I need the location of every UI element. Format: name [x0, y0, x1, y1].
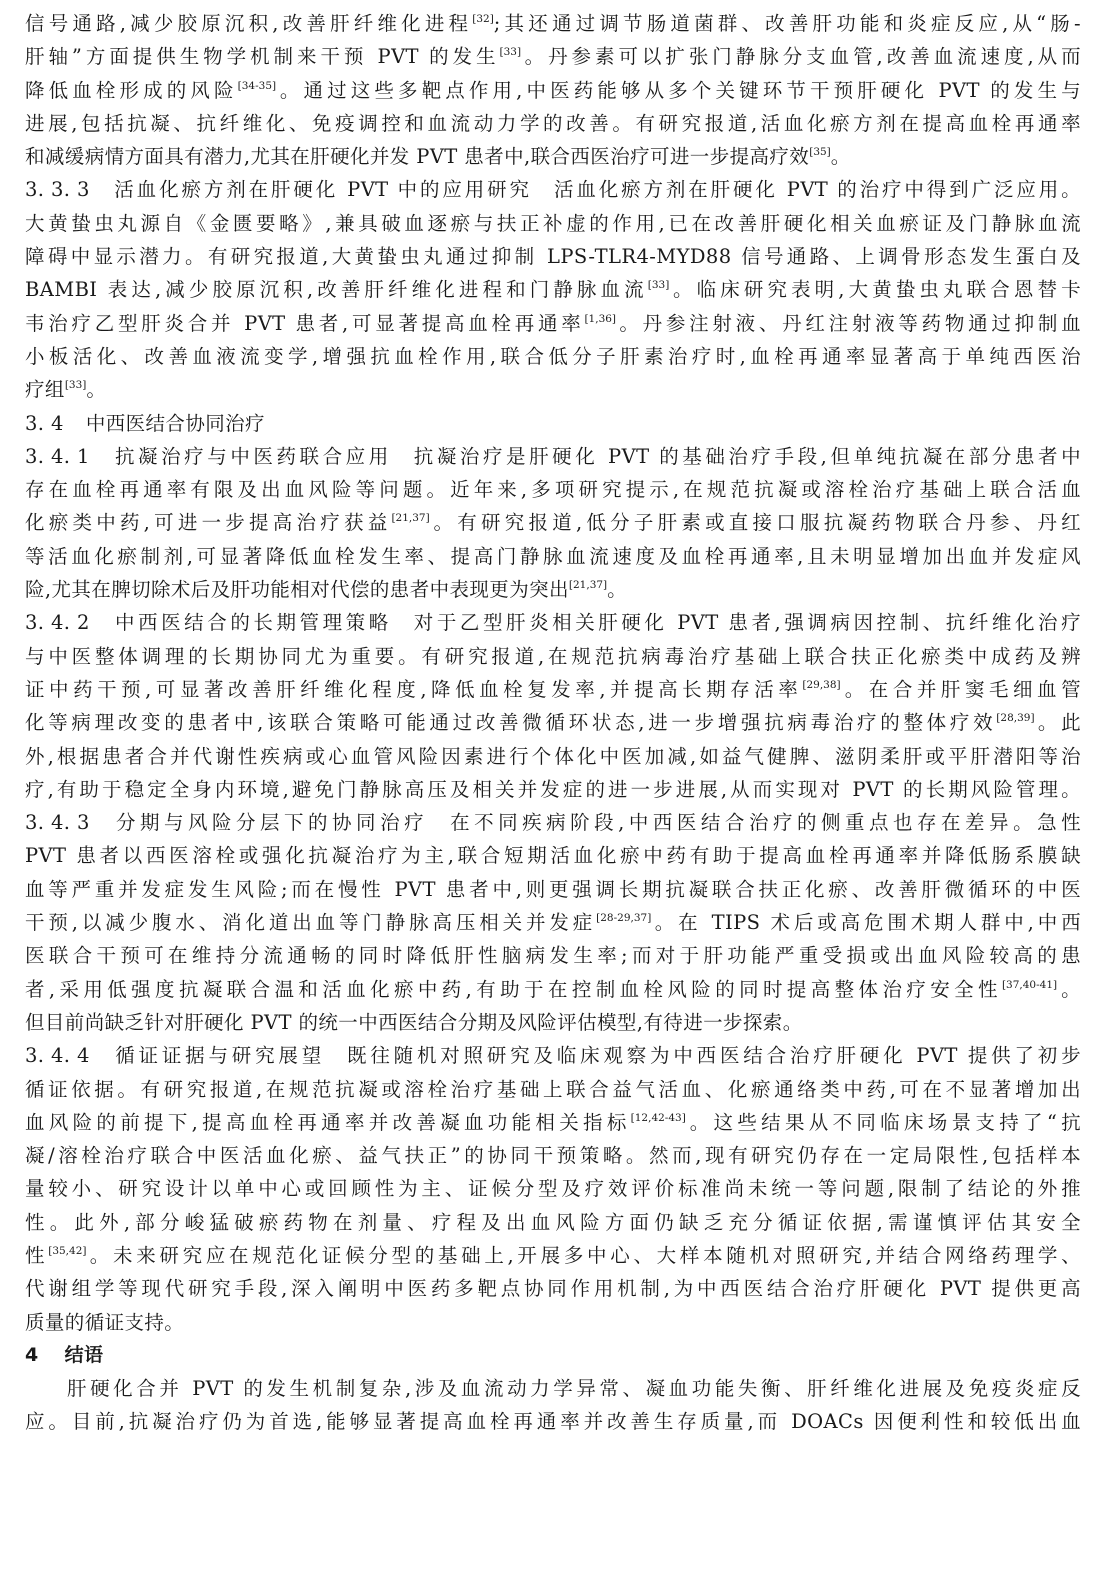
- text-line: 证中药干预,可显著改善肝纤维化程度,降低血栓复发率,并提高长期存活率[29,38…: [25, 673, 1081, 706]
- text-line: 大黄蛰虫丸源自《金匮要略》,兼具破血逐瘀与扶正补虚的作用,已在改善肝硬化相关血瘀…: [25, 207, 1081, 240]
- section-title: 活血化瘀方剂在肝硬化 PVT 中的应用研究: [112, 178, 532, 201]
- section-number: 3. 4. 2: [25, 606, 90, 639]
- section-number: 3. 4. 3: [25, 806, 90, 839]
- text-line: 险,尤其在脾切除术后及肝功能相对代偿的患者中表现更为突出[21,37]。: [25, 573, 1081, 606]
- text-line: 化瘀类中药,可进一步提高治疗获益[21,37]。有研究报道,低分子肝素或直接口服…: [25, 506, 1081, 539]
- citation-ref: [33]: [648, 279, 670, 291]
- text-line: 3. 4. 4循证证据与研究展望既往随机对照研究及临床观察为中西医结合治疗肝硬化…: [25, 1039, 1081, 1072]
- text-line: 应。目前,抗凝治疗仍为首选,能够显著提高血栓再通率并改善生存质量,而 DOACs…: [25, 1405, 1081, 1438]
- citation-ref: [33]: [65, 379, 87, 391]
- text-line: 肝硬化合并 PVT 的发生机制复杂,涉及血流动力学异常、凝血功能失衡、肝纤维化进…: [25, 1372, 1081, 1405]
- section-number: 3. 4: [25, 407, 64, 440]
- section-3-4-2: 3. 4. 2中西医结合的长期管理策略对于乙型肝炎相关肝硬化 PVT 患者,强调…: [25, 606, 1081, 806]
- text-line: 外,根据患者合并代谢性疾病或心血管风险因素进行个体化中医加减,如益气健脾、滋阴柔…: [25, 740, 1081, 773]
- citation-ref: [1,36]: [584, 313, 616, 325]
- section-title: 分期与风险分层下的协同治疗: [112, 811, 428, 834]
- section-number: 4: [25, 1339, 39, 1372]
- section-3-3-3: 3. 3. 3活血化瘀方剂在肝硬化 PVT 中的应用研究活血化瘀方剂在肝硬化 P…: [25, 173, 1081, 406]
- text-line: 信号通路,减少胶原沉积,改善肝纤维化进程[32];其还通过调节肠道菌群、改善肝功…: [25, 7, 1081, 40]
- section-3-4-4: 3. 4. 4循证证据与研究展望既往随机对照研究及临床观察为中西医结合治疗肝硬化…: [25, 1039, 1081, 1339]
- text-line: 与中医整体调理的长期协同尤为重要。有研究报道,在规范抗病毒治疗基础上联合扶正化瘀…: [25, 640, 1081, 673]
- text-line: 存在血栓再通率有限及出血风险等问题。近年来,多项研究提示,在规范抗凝或溶栓治疗基…: [25, 473, 1081, 506]
- text-line: 降低血栓形成的风险[34-35]。通过这些多靶点作用,中医药能够从多个关键环节干…: [25, 74, 1081, 107]
- text-line: 疗组[33]。: [25, 373, 1081, 406]
- text-line: 量较小、研究设计以单中心或回顾性为主、证候分型及疗效评价标准尚未统一等问题,限制…: [25, 1172, 1081, 1205]
- text-line: 代谢组学等现代研究手段,深入阐明中医药多靶点协同作用机制,为中西医结合治疗肝硬化…: [25, 1272, 1081, 1305]
- text-line: 性。此外,部分峻猛破瘀药物在剂量、疗程及出血风险方面仍缺乏充分循证依据,需谨慎评…: [25, 1206, 1081, 1239]
- citation-ref: [35,42]: [48, 1245, 86, 1257]
- section-title: 中西医结合协同治疗: [86, 412, 265, 435]
- text-line: 凝/溶栓治疗联合中医活血化瘀、益气扶正”的协同干预策略。然而,现有研究仍存在一定…: [25, 1139, 1081, 1172]
- citation-ref: [21,37]: [569, 579, 607, 591]
- citation-ref: [37,40-41]: [1002, 979, 1057, 991]
- section-3-4-1: 3. 4. 1抗凝治疗与中医药联合应用抗凝治疗是肝硬化 PVT 的基础治疗手段,…: [25, 440, 1081, 606]
- text-line: 等活血化瘀制剂,可显著降低血栓发生率、提高门静脉血流速度及血栓再通率,且未明显增…: [25, 540, 1081, 573]
- citation-ref: [29,38]: [802, 679, 840, 691]
- text-line: 3. 4. 3分期与风险分层下的协同治疗在不同疾病阶段,中西医结合治疗的侧重点也…: [25, 806, 1081, 839]
- text-line: 3. 4. 2中西医结合的长期管理策略对于乙型肝炎相关肝硬化 PVT 患者,强调…: [25, 606, 1081, 639]
- text-line: 者,采用低强度抗凝联合温和活血化瘀中药,有助于在控制血栓风险的同时提高整体治疗安…: [25, 973, 1081, 1006]
- section-title: 抗凝治疗与中医药联合应用: [112, 445, 392, 468]
- citation-ref: [35]: [809, 146, 831, 158]
- text-line: 化等病理改变的患者中,该联合策略可能通过改善微循环状态,进一步增强抗病毒治疗的整…: [25, 706, 1081, 739]
- text-line: 3. 3. 3活血化瘀方剂在肝硬化 PVT 中的应用研究活血化瘀方剂在肝硬化 P…: [25, 173, 1081, 206]
- paper-page: 信号通路,减少胶原沉积,改善肝纤维化进程[32];其还通过调节肠道菌群、改善肝功…: [25, 7, 1081, 1439]
- text-line: 医联合干预可在维持分流通畅的同时降低肝性脑病发生率;而对于肝功能严重受损或出血风…: [25, 939, 1081, 972]
- section-title: 中西医结合的长期管理策略: [112, 611, 392, 634]
- section-heading-3-4: 3. 4中西医结合协同治疗: [25, 407, 1081, 440]
- text-line: 但目前尚缺乏针对肝硬化 PVT 的统一中西医结合分期及风险评估模型,有待进一步探…: [25, 1006, 1081, 1039]
- text-line: BAMBI 表达,减少胶原沉积,改善肝纤维化进程和门静脉血流[33]。临床研究表…: [25, 273, 1081, 306]
- text-line: 疗,有助于稳定全身内环境,避免门静脉高压及相关并发症的进一步进展,从而实现对 P…: [25, 773, 1081, 806]
- citation-ref: [12,42-43]: [631, 1112, 686, 1124]
- section-3-4-3: 3. 4. 3分期与风险分层下的协同治疗在不同疾病阶段,中西医结合治疗的侧重点也…: [25, 806, 1081, 1039]
- text-line: 质量的循证支持。: [25, 1306, 1081, 1339]
- paragraph-continued: 信号通路,减少胶原沉积,改善肝纤维化进程[32];其还通过调节肠道菌群、改善肝功…: [25, 7, 1081, 173]
- text-line: 循证依据。有研究报道,在规范抗凝或溶栓治疗基础上联合益气活血、化瘀通络类中药,可…: [25, 1073, 1081, 1106]
- citation-ref: [21,37]: [391, 512, 429, 524]
- section-number: 3. 3. 3: [25, 173, 90, 206]
- section-heading-4: 4结语: [25, 1339, 1081, 1372]
- section-title: 结语: [65, 1344, 104, 1366]
- text-line: 和减缓病情方面具有潜力,尤其在肝硬化并发 PVT 患者中,联合西医治疗可进一步提…: [25, 140, 1081, 173]
- section-title: 循证证据与研究展望: [112, 1044, 325, 1067]
- text-line: 血等严重并发症发生风险;而在慢性 PVT 患者中,则更强调长期抗凝联合扶正化瘀、…: [25, 873, 1081, 906]
- text-line: 进展,包括抗凝、抗纤维化、免疫调控和血流动力学的改善。有研究报道,活血化瘀方剂在…: [25, 107, 1081, 140]
- text-line: 3. 4. 1抗凝治疗与中医药联合应用抗凝治疗是肝硬化 PVT 的基础治疗手段,…: [25, 440, 1081, 473]
- citation-ref: [32]: [472, 13, 494, 25]
- citation-ref: [28-29,37]: [596, 912, 651, 924]
- section-4-conclusion: 4结语 肝硬化合并 PVT 的发生机制复杂,涉及血流动力学异常、凝血功能失衡、肝…: [25, 1339, 1081, 1439]
- text-line: 干预,以减少腹水、消化道出血等门静脉高压相关并发症[28-29,37]。在 TI…: [25, 906, 1081, 939]
- citation-ref: [34-35]: [238, 80, 276, 92]
- citation-ref: [28,39]: [996, 712, 1034, 724]
- text-line: 小板活化、改善血液流变学,增强抗血栓作用,联合低分子肝素治疗时,血栓再通率显著高…: [25, 340, 1081, 373]
- section-number: 3. 4. 4: [25, 1039, 90, 1072]
- text-line: 障碍中显示潜力。有研究报道,大黄蛰虫丸通过抑制 LPS-TLR4-MYD88 信…: [25, 240, 1081, 273]
- text-line: 韦治疗乙型肝炎合并 PVT 患者,可显著提高血栓再通率[1,36]。丹参注射液、…: [25, 307, 1081, 340]
- text-line: PVT 患者以西医溶栓或强化抗凝治疗为主,联合短期活血化瘀中药有助于提高血栓再通…: [25, 839, 1081, 872]
- text-line: 性[35,42]。未来研究应在规范化证候分型的基础上,开展多中心、大样本随机对照…: [25, 1239, 1081, 1272]
- citation-ref: [33]: [500, 46, 522, 58]
- text-line: 肝轴”方面提供生物学机制来干预 PVT 的发生[33]。丹参素可以扩张门静脉分支…: [25, 40, 1081, 73]
- section-number: 3. 4. 1: [25, 440, 90, 473]
- text-line: 血风险的前提下,提高血栓再通率并改善凝血功能相关指标[12,42-43]。这些结…: [25, 1106, 1081, 1139]
